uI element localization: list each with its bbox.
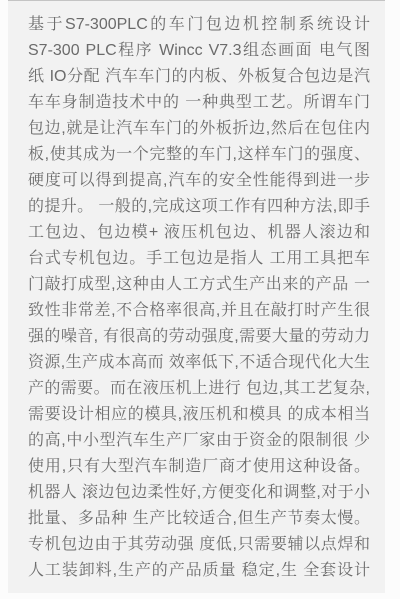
text-line: 硬度可以得到提高,汽车的安全性能得到进一步 bbox=[28, 168, 370, 194]
text-line: 机器人 滚边包边柔性好,方便变化和调整,对于小 bbox=[28, 480, 370, 506]
text-line: 纸 IO分配 汽车车门的内板、外板复合包边是汽 bbox=[28, 64, 370, 90]
text-line: 的提升。 一般的,完成这项工作有四种方法,即手 bbox=[28, 194, 370, 220]
text-line: 使用,只有大型汽车制造厂商才使用这种设备。 bbox=[28, 454, 370, 480]
text-line: 包边,就是让汽车车门的外板折边,然后在包住内 bbox=[28, 116, 370, 142]
text-line: S7-300 PLC程序 Wincc V7.3组态画面 电气图 bbox=[28, 38, 370, 64]
page: { "colors": { "page_background": "#fcfcf… bbox=[0, 0, 400, 599]
text-line: 产的需要。而在液压机上进行 包边,其工艺复杂, bbox=[28, 376, 370, 402]
text-line: 需要设计相应的模具,液压机和模具 的成本相当 bbox=[28, 402, 370, 428]
text-line: 人工装卸料,生产的产品质量 稳定,生 全套设计 bbox=[28, 558, 370, 584]
text-line: 致性非常差,不合格率很高,并且在敲打时产生很 bbox=[28, 298, 370, 324]
title-line: 基于S7-300PLC的车门包边机控制系统设计 bbox=[28, 12, 370, 38]
text-line: 资源,生产成本高而 效率低下,不适合现代化大生 bbox=[28, 350, 370, 376]
text-line: 台式专机包边。手工包边是指人 工用工具把车 bbox=[28, 246, 370, 272]
text-line: 门敲打成型,这种由人工方式生产出来的产品 一 bbox=[28, 272, 370, 298]
text-line: 车车身制造技术中的 一种典型工艺。所谓车门 bbox=[28, 90, 370, 116]
text-line: 强的噪音, 有很高的劳动强度,需要大量的劳动力 bbox=[28, 324, 370, 350]
text-card: 基于S7-300PLC的车门包边机控制系统设计 S7-300 PLC程序 Win… bbox=[8, 0, 385, 593]
text-line: 批量、多品种 生产比较适合,但生产节奏太慢。 bbox=[28, 506, 370, 532]
text-line: 工包边、包边模+ 液压机包边、机器人滚边和 bbox=[28, 220, 370, 246]
text-line: 的高,中小型汽车生产厂家由于资金的限制很 少 bbox=[28, 428, 370, 454]
text-line: 板,使其成为一个完整的车门,这样车门的强度、 bbox=[28, 142, 370, 168]
text-line: 专机包边由于其劳动强 度低,只需要辅以点焊和 bbox=[28, 532, 370, 558]
